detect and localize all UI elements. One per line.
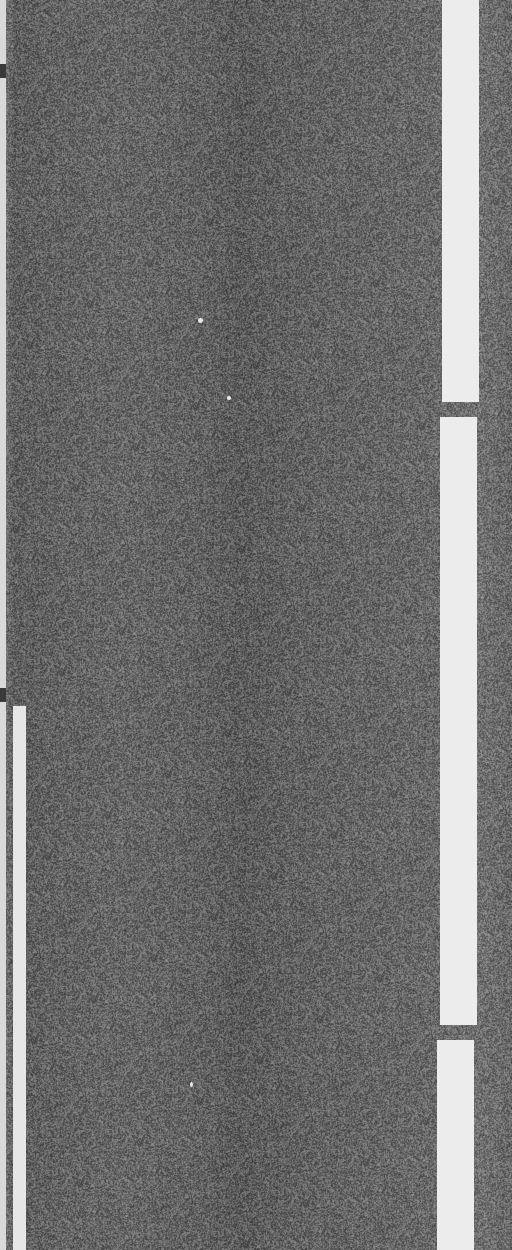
lane-dash xyxy=(442,0,479,402)
left-bottom-line xyxy=(13,706,26,1250)
road-surface xyxy=(0,0,512,1250)
left-edge-line xyxy=(0,0,6,1250)
pavement-speck xyxy=(198,318,203,323)
lane-dash xyxy=(437,1040,474,1250)
left-line-gap xyxy=(0,64,6,78)
asphalt-texture xyxy=(0,0,512,1250)
pavement-speck xyxy=(190,1082,193,1087)
left-line-gap xyxy=(0,688,6,702)
pavement-speck xyxy=(227,396,231,400)
lane-dash xyxy=(440,417,477,1025)
